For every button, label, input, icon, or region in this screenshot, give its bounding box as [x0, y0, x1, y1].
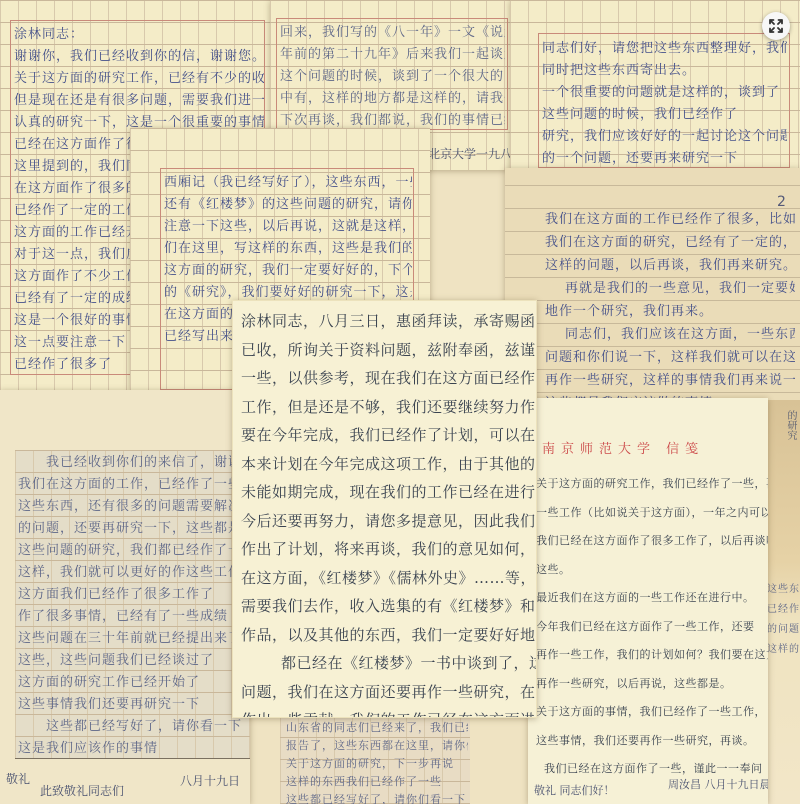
- manuscript-page-bottom-middle: 山东省的同志们已经来了，我们已经 报告了，这些东西都在这里，请你们 关于这方面的…: [280, 715, 470, 804]
- manuscript-page-bottom-left: 我已经收到你们的来信了，谢谢你们 我们在这方面的工作，已经作了一些研究 这些东西…: [0, 390, 250, 804]
- closing-salutation: 敬礼: [6, 770, 30, 787]
- letter-nanjing-normal-university: 南京师范大学 信笺 关于这方面的研究工作，我们已经作了一些，再作 一些工作（比如…: [528, 398, 768, 804]
- expand-arrows-icon: [769, 19, 783, 33]
- letter-center-handwritten: 涂林同志，八月三日，惠函拜读，承寄赐函及所附 已收，所询关于资料问题，兹附奉函，…: [232, 300, 537, 718]
- manuscript-page-2: 2 我们在这方面的工作已经作了很多，比如说， 我们在这方面的研究，已经有了一定的…: [505, 168, 800, 408]
- letterhead-title: 南京师范大学 信笺: [542, 438, 704, 457]
- letter-signature: 周汝昌 八月十九日晨: [668, 776, 768, 792]
- manuscript-page-top-right: 同志们好，请您把这些东西整理好，我们再 同时把这些东西寄出去。 一个很重要的问题…: [510, 0, 800, 170]
- closing-salutation: 敬礼 同志们好！: [534, 782, 615, 798]
- expand-fullscreen-button[interactable]: [762, 12, 790, 40]
- manuscript-page-far-right: 的研究 这些东西 已经作了 的问题 这样的: [765, 400, 800, 804]
- signature-date: 八月十九日: [180, 772, 240, 789]
- closing-line: 此致敬礼同志们: [40, 782, 124, 799]
- page-footer-date: 北京大学一九八一: [428, 145, 515, 162]
